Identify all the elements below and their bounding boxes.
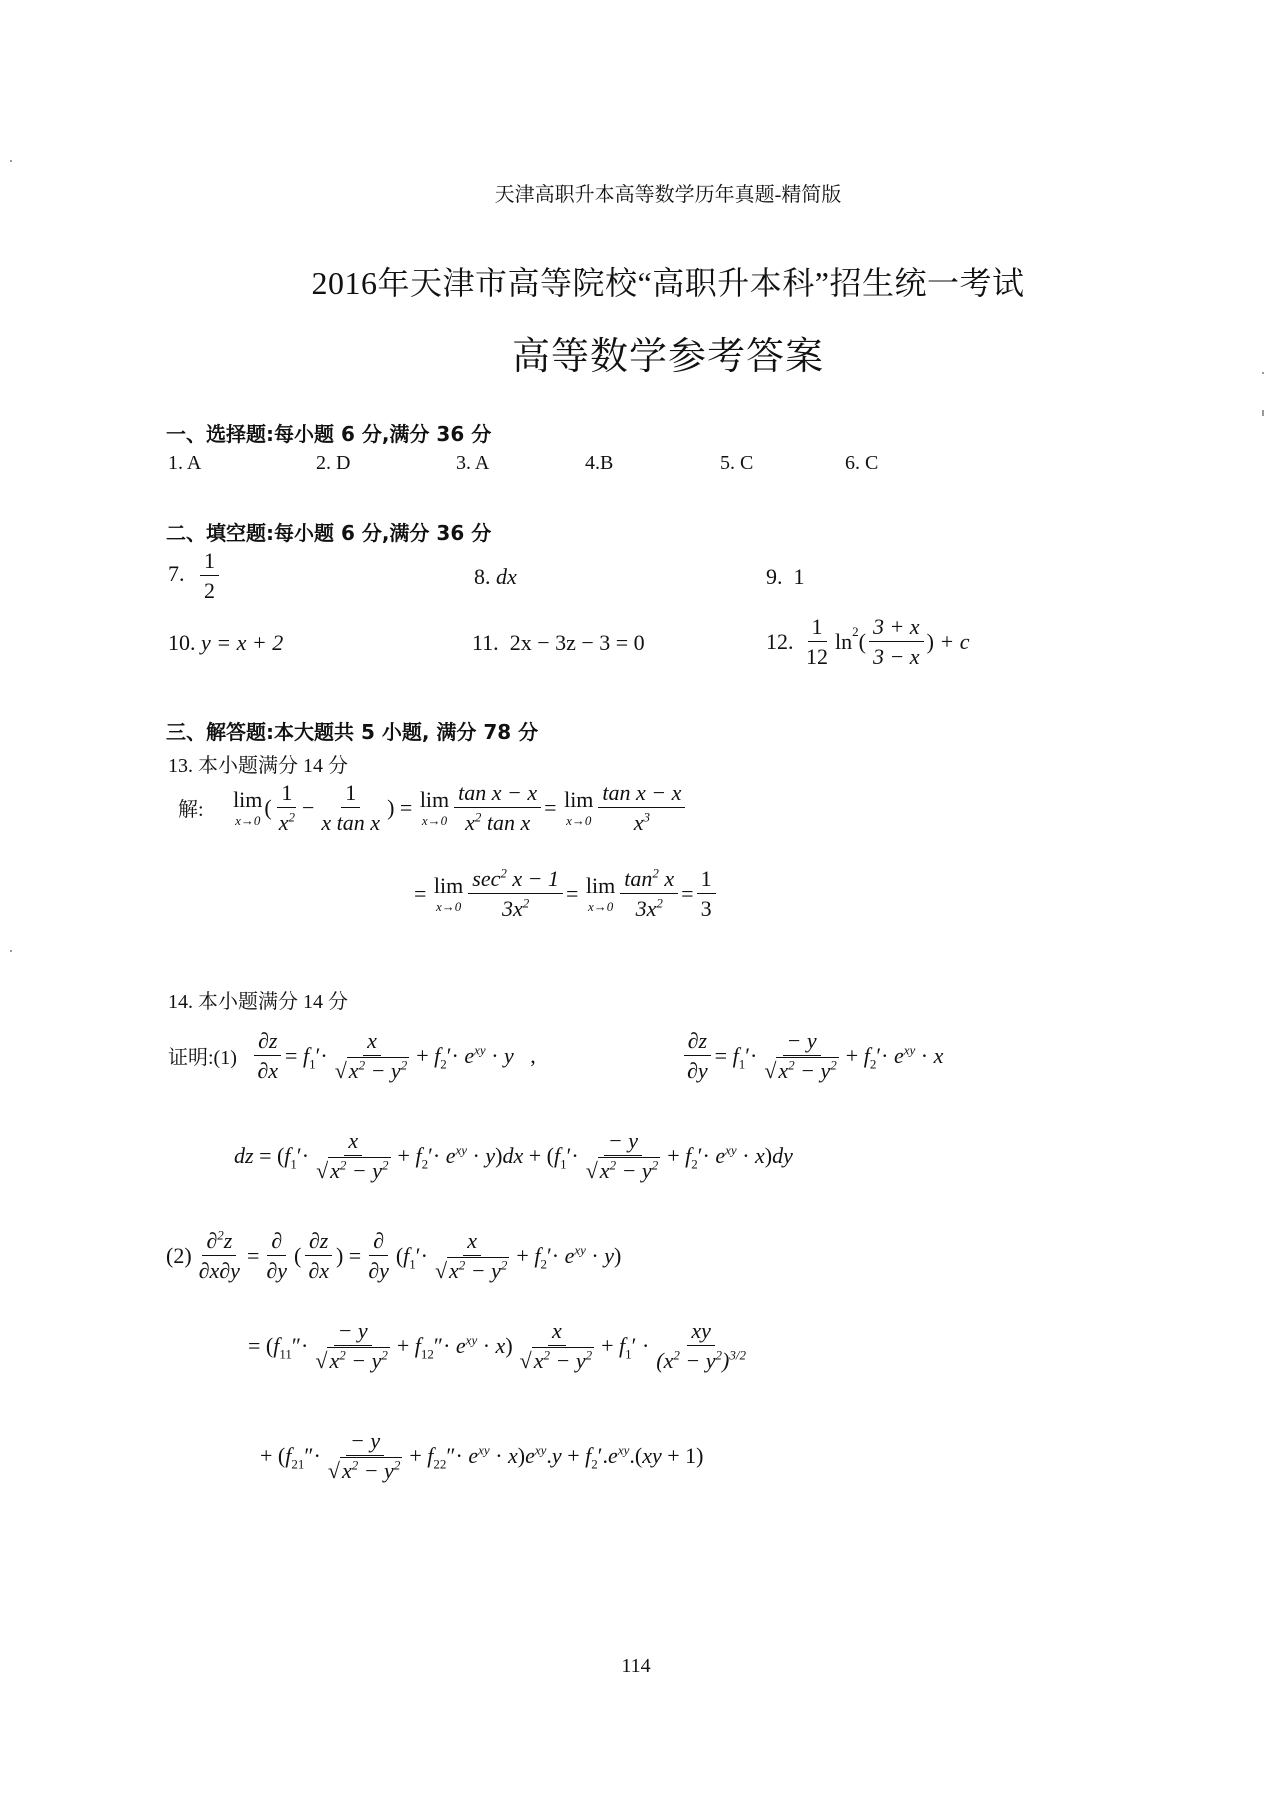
q14-partial-x: 证明:(1) ∂z∂x= f1′·x√x2 − y2+ f2′· exy · y… [168, 1028, 536, 1084]
q14-part2-line-2: = (f11″·− y√x2 − y2+ f12″· exy · x)x√x2 … [248, 1318, 753, 1374]
scan-speck [10, 160, 12, 162]
solution-label: 解: [178, 799, 204, 821]
page-number: 114 [0, 1655, 1272, 1678]
document-title: 高等数学参考答案 [0, 325, 1272, 380]
q14-partial-y: ∂z∂y= f1′·− y√x2 − y2+ f2′· exy · x [680, 1028, 943, 1084]
q13-equation-line-1: 解: limx→0(1x2−1x tan x) = limx→0tan x − … [178, 780, 688, 836]
fill-answer-9: 9. 1 [766, 564, 805, 590]
q14-part2-line-1: (2)∂2z∂x∂y=∂∂y(∂z∂x) =∂∂y(f1′·x√x2 − y2+… [166, 1228, 621, 1284]
section-3-heading: 三、解答题:本大题共 5 小题, 满分 78 分 [166, 716, 538, 745]
mc-answer-6: 6. C [845, 452, 878, 475]
section-2-heading: 二、填空题:每小题 6 分,满分 36 分 [166, 517, 491, 546]
fraction: 3 + x 3 − x [869, 614, 924, 670]
result-fraction: 13 [697, 866, 716, 922]
proof-label: 证明:(1) [168, 1047, 237, 1069]
fill-answer-8: 8. dx [474, 564, 517, 590]
mc-answer-5: 5. C [720, 452, 753, 475]
part-2-label: (2) [166, 1243, 192, 1268]
exam-title: 2016年天津市高等院校“高职升本科”招生统一考试 [0, 258, 1272, 304]
scan-speck [1262, 372, 1264, 374]
q14-part2-line-3: + (f21″·− y√x2 − y2+ f22″· exy · x)exy.y… [260, 1428, 703, 1484]
fill-answer-11: 11. 2x − 3z − 3 = 0 [472, 630, 645, 656]
scan-speck [1262, 410, 1264, 416]
fraction: 1 12 [802, 614, 832, 670]
q13-heading: 13. 本小题满分 14 分 [168, 749, 348, 778]
mc-answer-4: 4.B [585, 452, 613, 475]
mc-answer-3: 3. A [456, 452, 489, 475]
scan-speck [10, 950, 12, 952]
q14-heading: 14. 本小题满分 14 分 [168, 985, 348, 1014]
section-1-heading: 一、选择题:每小题 6 分,满分 36 分 [166, 418, 491, 447]
fill-answer-10: 10. y = x + 2 [168, 630, 283, 656]
running-header: 天津高职升本高等数学历年真题-精简版 [0, 178, 1272, 207]
answer-number: 7. [168, 561, 185, 586]
q14-total-differential: dz = (f1′·x√x2 − y2+ f2′· exy · y)dx + (… [234, 1128, 793, 1184]
mc-answer-1: 1. A [168, 452, 201, 475]
mc-answer-2: 2. D [316, 452, 350, 475]
fraction: 1 2 [200, 548, 219, 604]
fill-answer-12: 12. 1 12 ln2( 3 + x 3 − x ) + c [766, 614, 970, 670]
q13-equation-line-2: = limx→0sec2 x − 13x2= limx→0tan2 x3x2=1… [414, 866, 719, 922]
fill-answer-7: 7. 1 2 [168, 548, 222, 604]
